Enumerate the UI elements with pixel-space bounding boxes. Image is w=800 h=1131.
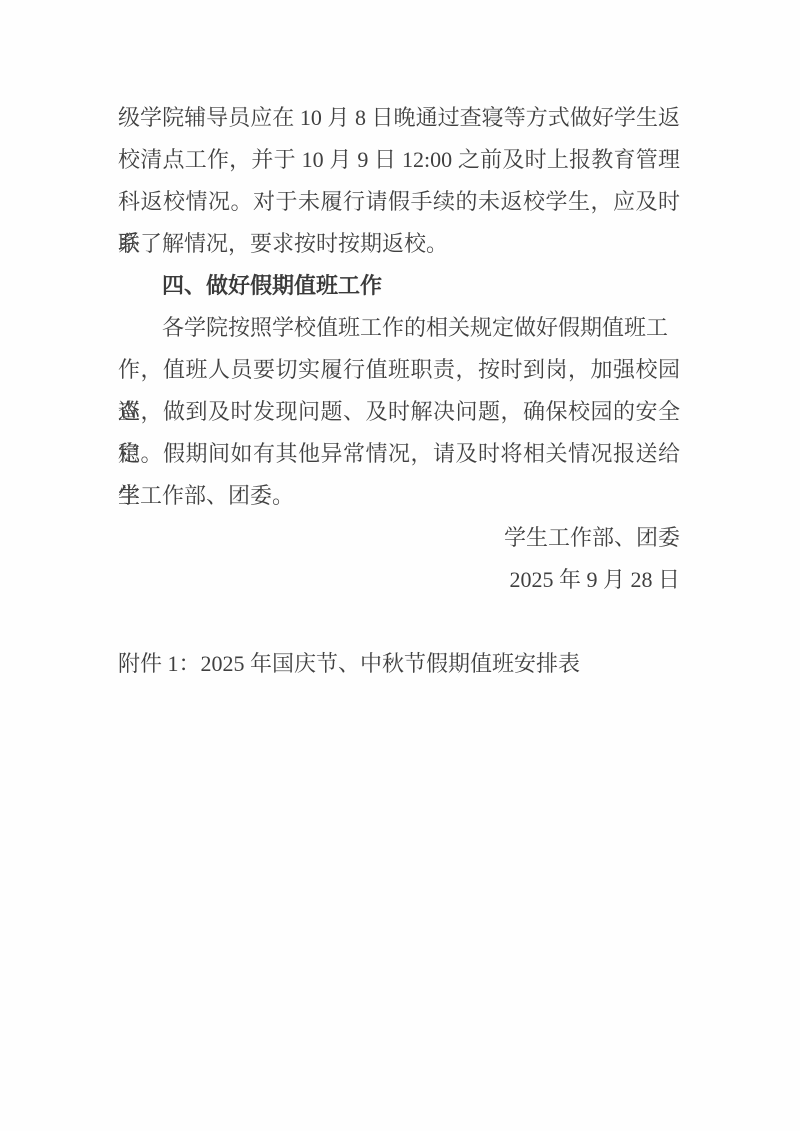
paragraph-duty-line: 生工作部、团委。 [118,475,680,517]
paragraph-return-line: 系了解情况，要求按时按期返校。 [118,223,680,265]
paragraph-return-line: 科返校情况。对于未履行请假手续的未返校学生，应及时联 [118,181,680,223]
signature-department: 学生工作部、团委 [118,517,680,559]
section-heading: 四、做好假期值班工作 [118,265,680,307]
blank-line [118,601,680,643]
signature-date: 2025 年 9 月 28 日 [118,559,680,601]
paragraph-duty-line: 各学院按照学校值班工作的相关规定做好假期值班工 [118,307,680,349]
paragraph-return-line: 校清点工作，并于 10 月 9 日 12:00 之前及时上报教育管理 [118,139,680,181]
paragraph-duty-line: 作，值班人员要切实履行值班职责，按时到岗，加强校园巡 [118,349,680,391]
paragraph-duty-line: 查，做到及时发现问题、及时解决问题，确保校园的安全稳 [118,391,680,433]
paragraph-return-line: 级学院辅导员应在 10 月 8 日晚通过查寝等方式做好学生返 [118,97,680,139]
document-body: 级学院辅导员应在 10 月 8 日晚通过查寝等方式做好学生返 校清点工作，并于 … [118,97,680,685]
paragraph-duty-line: 定。假期间如有其他异常情况，请及时将相关情况报送给学 [118,433,680,475]
attachment-note: 附件 1：2025 年国庆节、中秋节假期值班安排表 [118,643,680,685]
document-page: 级学院辅导员应在 10 月 8 日晚通过查寝等方式做好学生返 校清点工作，并于 … [0,0,800,1131]
